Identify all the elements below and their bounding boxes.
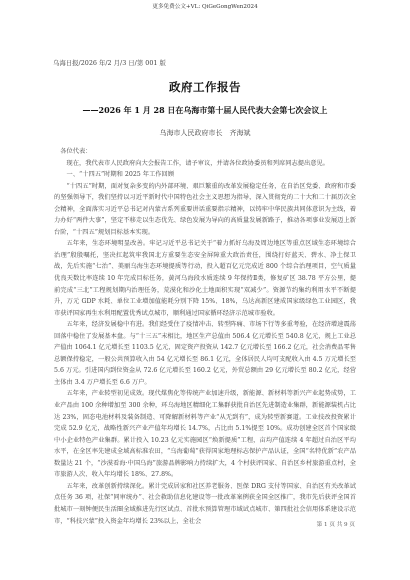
document-subtitle: ——2026 年 1 月 28 日在乌海市第十届人民代表大会第七次会议上 xyxy=(0,105,410,116)
document-title: 政府工作报告 xyxy=(0,79,410,95)
document-author: 乌海市人民政府市长 齐海斌 xyxy=(0,128,410,138)
document-body: 各位代表： 现在，我代表市人民政府向大会报告工作，请予审议，并请各位政协委员和列… xyxy=(54,146,356,527)
paragraph: 现在，我代表市人民政府向大会报告工作，请予审议，并请各位政协委员和列席同志提出意… xyxy=(54,158,356,170)
section-heading: 一、“十四五”时期和 2025 年工作回顾 xyxy=(54,169,356,181)
watermark-header: 更多免费公文+VL: QiGeGongWen2024 xyxy=(0,2,410,10)
paragraph: 五年来，经济发展稳中有进。我们经受住了疫情冲击、转型阵痛、市场下行等多重考验，在… xyxy=(54,319,356,388)
paragraph: 五年来，产业转型初见成效。现代煤焦化等传统产业加速升级，新能源、新材料等新兴产业… xyxy=(54,388,356,480)
page-number: 第 1 页 共 9 页 xyxy=(255,520,355,528)
newspaper-dateline: 乌海日报/2026 年/2 月/3 日/第 001 版 xyxy=(53,58,166,67)
salutation: 各位代表： xyxy=(54,146,356,158)
paragraph: 五年来，生态环境明显改善。牢记习近平总书记关于“着力抓好乌海及周边地区等重点区域… xyxy=(54,238,356,319)
paragraph: “十四五”时期，面对复杂多变的内外部环境、艰巨繁重的改革发展稳定任务，在自治区党… xyxy=(54,181,356,239)
